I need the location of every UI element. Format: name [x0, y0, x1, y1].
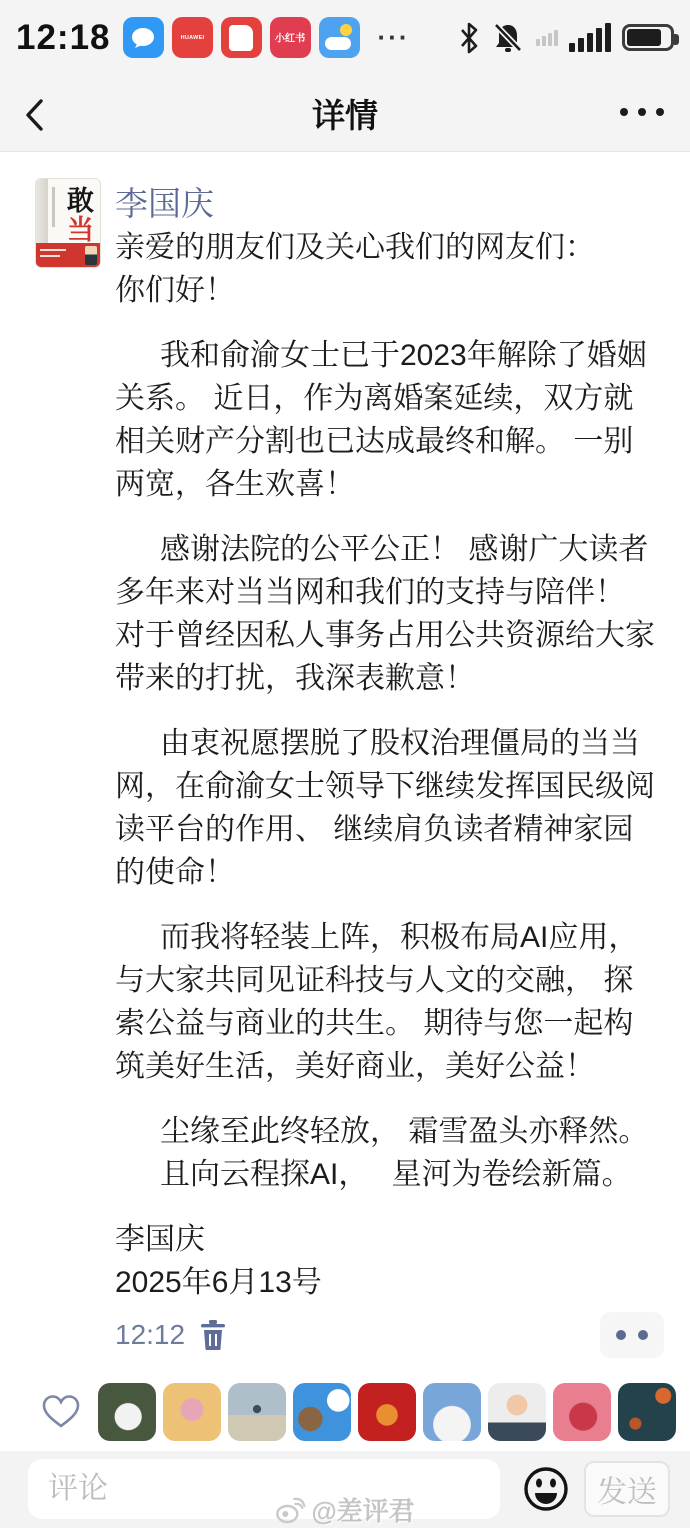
post-meta-row: 12:12 — [115, 1312, 690, 1358]
comment-bar: 发送 — [0, 1451, 690, 1528]
emoji-button[interactable] — [520, 1463, 572, 1515]
signature-date: 2025年6月13号 — [115, 1261, 660, 1304]
avatar-book-char-bottom: 当 — [67, 208, 94, 247]
post-paragraph: 由衷祝愿摆脱了股权治理僵局的当当网，在俞渝女士领导下继续发挥国民级阅读平台的作用… — [115, 722, 660, 894]
author-name[interactable]: 李国庆 — [115, 182, 690, 226]
signature-name: 李国庆 — [115, 1218, 660, 1261]
signal-strength-icon — [569, 23, 611, 52]
post-paragraph: 而我将轻装上阵，积极布局AI应用，与大家共同见证科技与人文的交融， 探索公益与商… — [115, 916, 660, 1088]
nav-bar: 详情 — [0, 75, 690, 152]
engagement-bar — [24, 1373, 690, 1451]
status-indicators — [458, 21, 674, 55]
battery-icon — [622, 24, 674, 51]
signal-sim2-icon — [536, 30, 558, 46]
commenter-avatar[interactable] — [163, 1383, 221, 1441]
commenter-avatar[interactable] — [553, 1383, 611, 1441]
heart-icon — [40, 1393, 82, 1431]
commenter-avatar[interactable] — [618, 1383, 676, 1441]
post-body: 亲爱的朋友们及关心我们的网友们： 你们好！ 我和俞渝女士已于2023年解除了婚姻… — [115, 226, 660, 1304]
smiley-icon — [521, 1464, 571, 1514]
trash-icon — [199, 1319, 227, 1351]
delete-button[interactable] — [199, 1319, 227, 1351]
notifications-muted-icon — [491, 21, 525, 55]
clock: 12:18 — [16, 18, 111, 58]
commenter-avatar[interactable] — [98, 1383, 156, 1441]
status-bar: 12:18 HUAWEI 小红书 ··· — [0, 0, 690, 75]
weibo-detail-screen: 12:18 HUAWEI 小红书 ··· — [0, 0, 690, 1528]
comment-expand-button[interactable] — [600, 1312, 664, 1358]
commenter-avatar[interactable] — [488, 1383, 546, 1441]
post-paragraph: 我和俞渝女士已于2023年解除了婚姻关系。 近日，作为离婚案延续，双方就相关财产… — [115, 334, 660, 506]
more-notifications-icon: ··· — [378, 22, 410, 53]
post-paragraph: 感谢法院的公平公正！ 感谢广大读者多年来对当当网和我们的支持与陪伴！ 对于曾经因… — [115, 528, 660, 700]
bluetooth-icon — [458, 21, 480, 55]
greeting-line: 你们好！ — [115, 269, 660, 312]
commenter-avatar[interactable] — [228, 1383, 286, 1441]
author-avatar[interactable]: 敢 当 — [35, 178, 101, 268]
page-title: 详情 — [0, 90, 690, 137]
commenter-avatar-row — [98, 1383, 676, 1441]
messages-app-icon — [123, 17, 164, 58]
poem-line: 尘缘至此终轻放， 霜雪盈头亦释然。 — [115, 1110, 660, 1153]
poem-line: 且向云程探AI， 星河为卷绘新篇。 — [115, 1153, 660, 1196]
greeting-line: 亲爱的朋友们及关心我们的网友们： — [115, 226, 660, 269]
xiaohongshu-app-icon: 小红书 — [270, 17, 311, 58]
commenter-avatar[interactable] — [423, 1383, 481, 1441]
like-button[interactable] — [40, 1393, 82, 1431]
comment-input[interactable] — [28, 1459, 500, 1519]
commenter-avatar[interactable] — [293, 1383, 351, 1441]
weather-app-icon — [319, 17, 360, 58]
notification-app-icons: HUAWEI 小红书 ··· — [123, 17, 410, 58]
huawei-app-icon: HUAWEI — [172, 17, 213, 58]
nav-more-button[interactable] — [620, 108, 664, 116]
send-button[interactable]: 发送 — [584, 1461, 670, 1517]
commenter-avatar[interactable] — [358, 1383, 416, 1441]
post-timestamp: 12:12 — [115, 1319, 185, 1351]
books-app-icon — [221, 17, 262, 58]
